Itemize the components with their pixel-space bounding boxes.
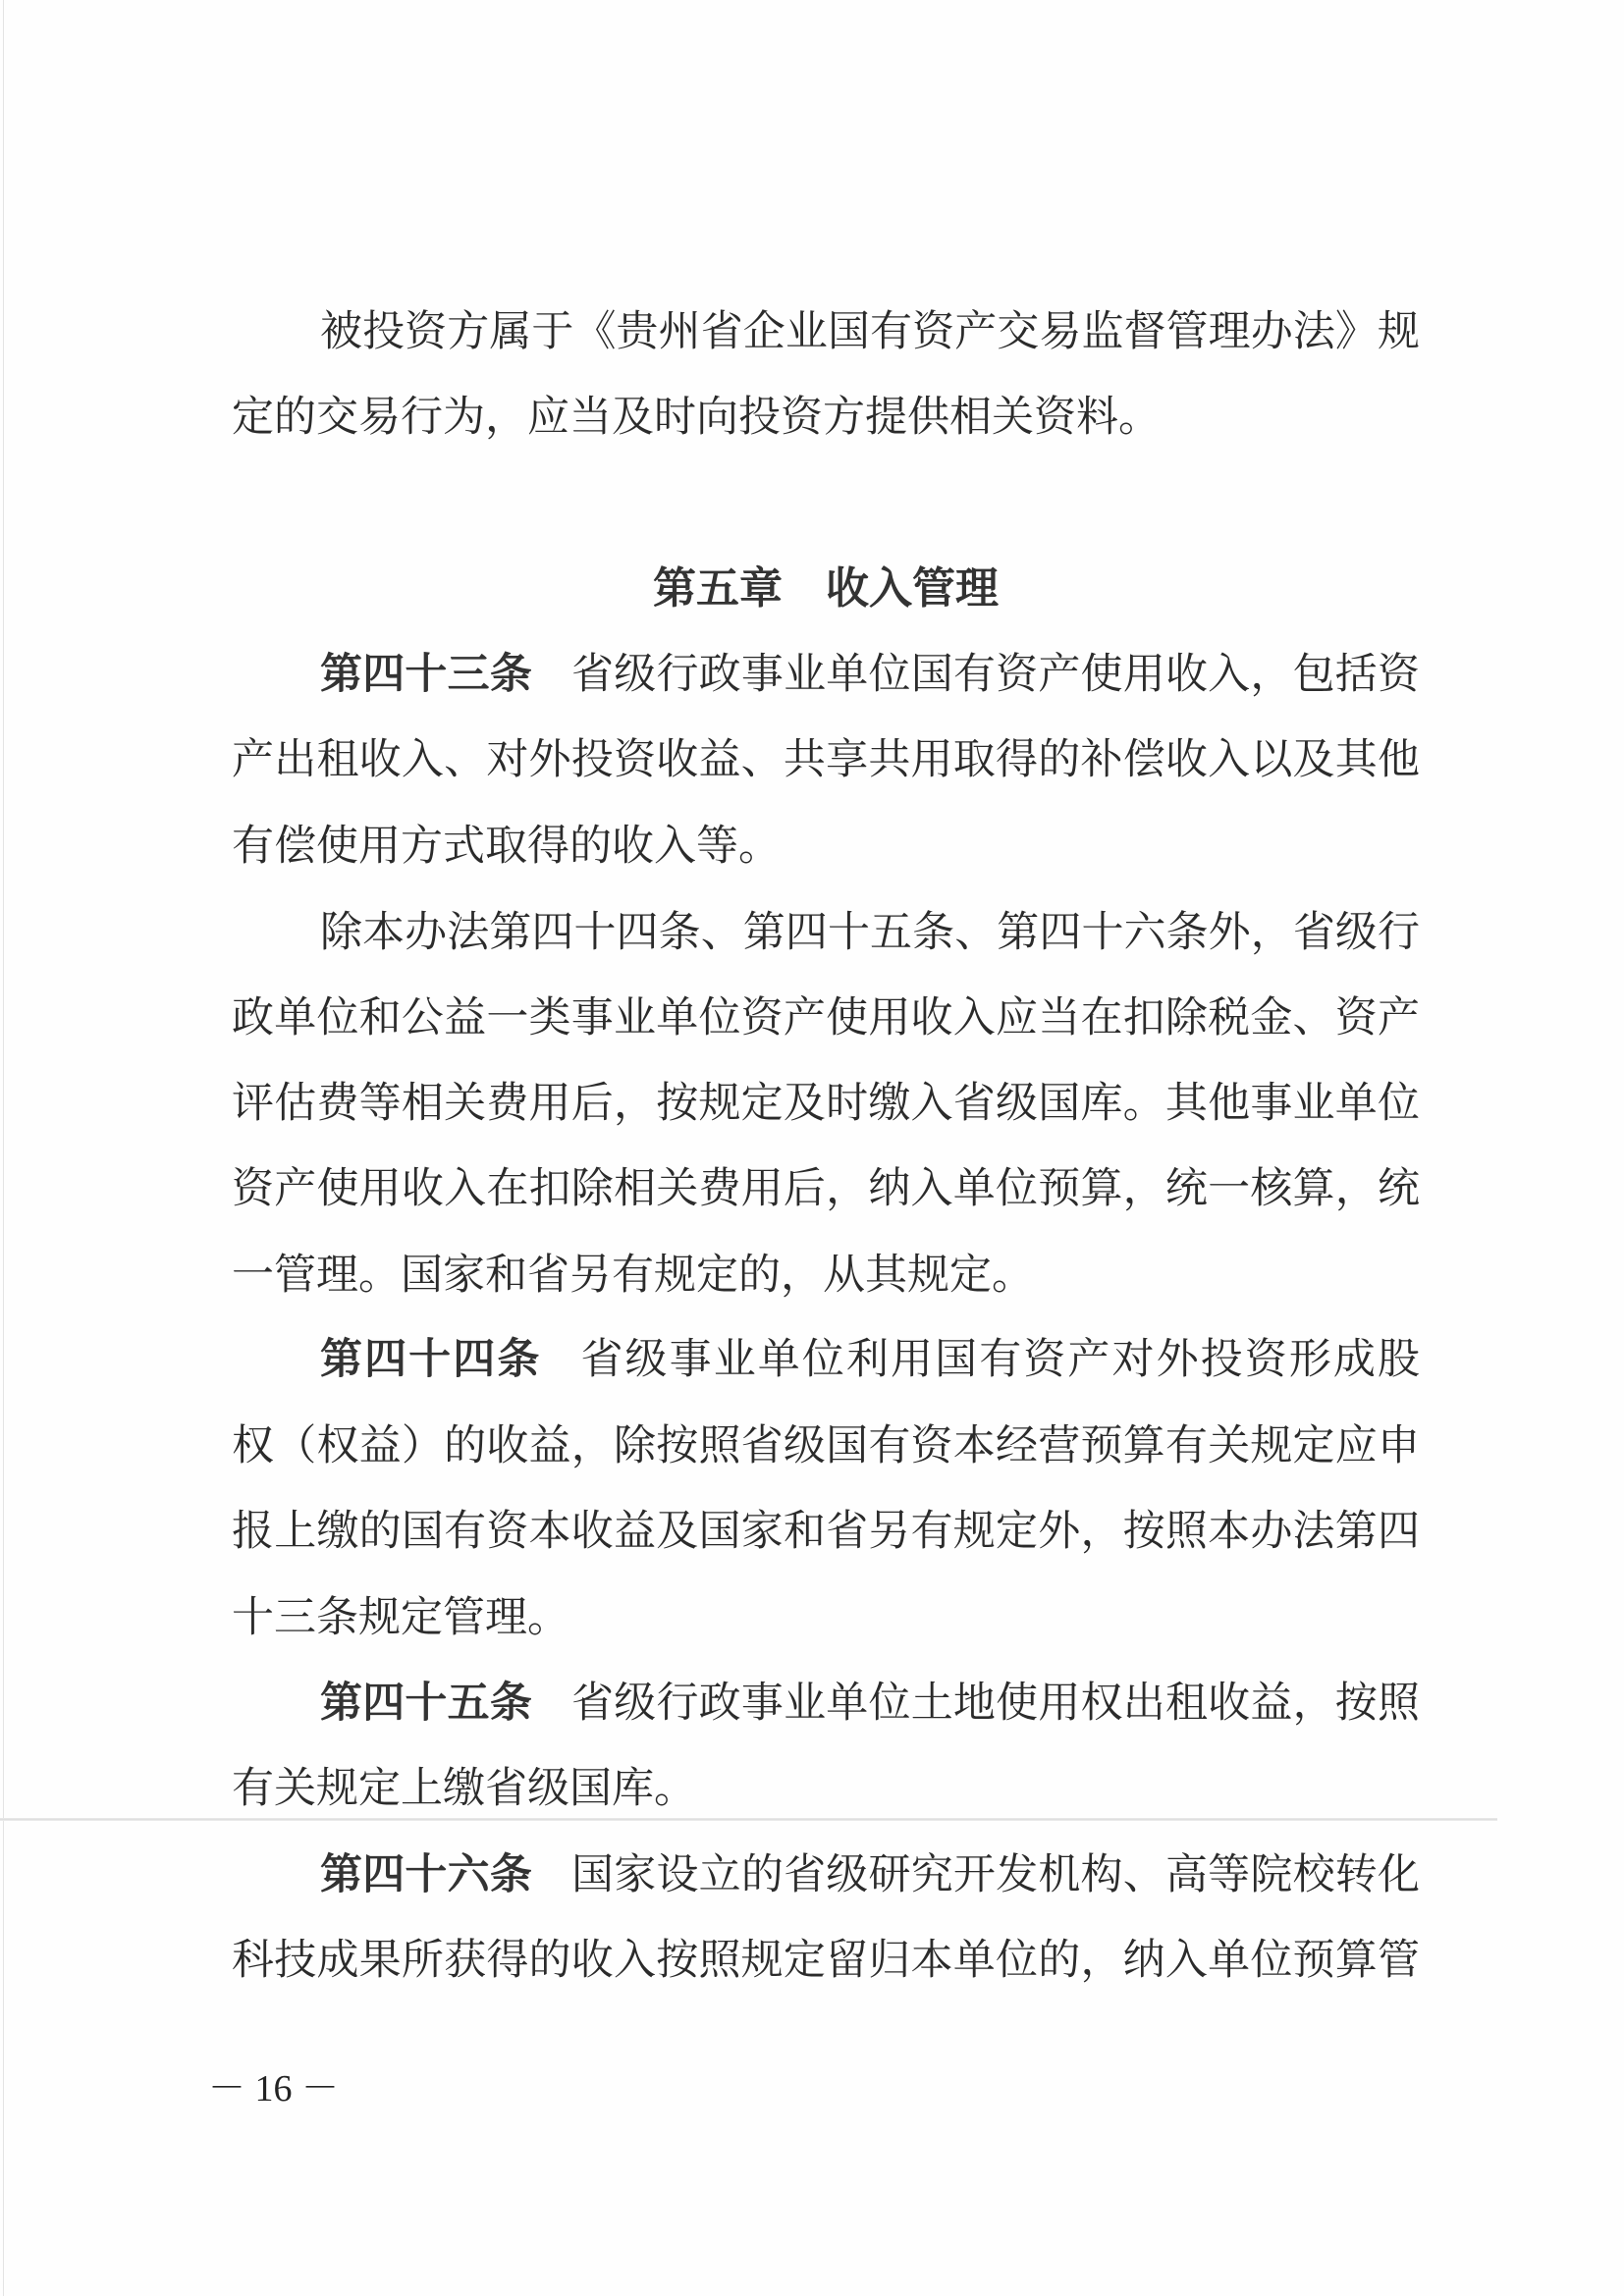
article-label: 第四十五条 (320, 1679, 532, 1728)
paragraph-line: 评估费等相关费用后，按规定及时缴入省级国库。其他事业单位 (232, 1060, 1420, 1147)
article-text: 省级行政事业单位土地使用权出租收益，按照 (571, 1679, 1420, 1728)
article-label: 第四十六条 (320, 1850, 532, 1899)
paragraph-line: 权（权益）的收益，除按照省级国有资本经营预算有关规定应申 (232, 1403, 1420, 1489)
article-label: 第四十三条 (320, 650, 532, 699)
paragraph-line: 资产使用收入在扣除相关费用后，纳入单位预算，统一核算，统 (232, 1146, 1420, 1232)
chapter-title: 第五章 收入管理 (232, 546, 1420, 632)
article-text: 省级事业单位利用国有资产对外投资形成股 (580, 1335, 1420, 1384)
document-page: 被投资方属于《贵州省企业国有资产交易监督管理办法》规 定的交易行为，应当及时向投… (0, 0, 1624, 2296)
paragraph-line: 产出租收入、对外投资收益、共享共用取得的补偿收入以及其他 (232, 717, 1420, 803)
article-text: 省级行政事业单位国有资产使用收入，包括资 (571, 650, 1420, 699)
article-43-first-line: 第四十三条省级行政事业单位国有资产使用收入，包括资 (320, 631, 1420, 718)
article-45-first-line: 第四十五条省级行政事业单位土地使用权出租收益，按照 (320, 1660, 1420, 1746)
page-number: － 16 － (208, 2059, 339, 2118)
paragraph-line: 被投资方属于《贵州省企业国有资产交易监督管理办法》规 (320, 289, 1420, 375)
paragraph-line: 一管理。国家和省另有规定的，从其规定。 (232, 1232, 1420, 1318)
paragraph-line: 报上缴的国有资本收益及国家和省另有规定外，按照本办法第四 (232, 1488, 1420, 1575)
article-46-first-line: 第四十六条国家设立的省级研究开发机构、高等院校转化 (320, 1832, 1420, 1918)
paragraph-line: 除本办法第四十四条、第四十五条、第四十六条外，省级行 (320, 889, 1420, 976)
scan-edge-line (3, 0, 4, 2296)
article-text: 国家设立的省级研究开发机构、高等院校转化 (571, 1850, 1420, 1899)
paragraph-line: 政单位和公益一类事业单位资产使用收入应当在扣除税金、资产 (232, 975, 1420, 1061)
article-44-first-line: 第四十四条省级事业单位利用国有资产对外投资形成股 (320, 1316, 1420, 1403)
article-label: 第四十四条 (320, 1335, 541, 1384)
paragraph-line: 科技成果所获得的收入按照规定留归本单位的，纳入单位预算管 (232, 1917, 1420, 2003)
paragraph-line: 十三条规定管理。 (232, 1575, 1420, 1661)
paragraph-line: 定的交易行为，应当及时向投资方提供相关资料。 (232, 374, 1420, 460)
paragraph-line: 有关规定上缴省级国库。 (232, 1745, 1420, 1832)
paragraph-line: 有偿使用方式取得的收入等。 (232, 803, 1420, 889)
